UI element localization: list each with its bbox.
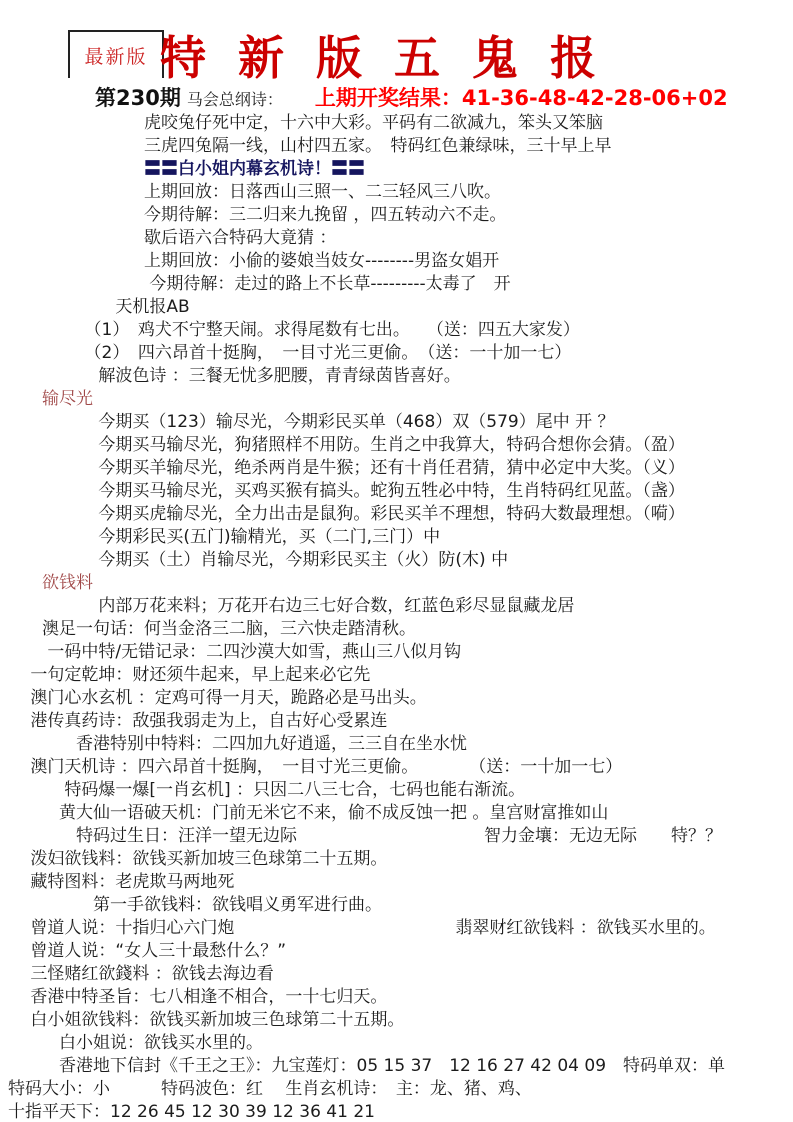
text-line: 上期回放：小偷的婆娘当妓女--------男盗女娼开 (8, 250, 793, 273)
text-line: 今期买（123）输尽光，今期彩民买单（468）双（579）尾中 开 ？ (8, 411, 793, 434)
text-line: 今期买（土）肖输尽光，今期彩民买主（火）防(木) 中 (8, 549, 793, 572)
masthead: 最新版 特 新 版 五 鬼 报 (0, 0, 793, 82)
text-line: 澳足一句话：何当金洛三二脑，三六快走踏清秋。 (8, 618, 793, 641)
text-line: 解波色诗 ：三餐无忧多肥腰，青青绿茵皆喜好。 (8, 365, 793, 388)
text-line: （2） 四六昂首十挺胸， 一目寸光三更偷。 （送：一十加一七） (8, 342, 793, 365)
yuqianliao-section: 内部万花来料；万花开右边三七好合数，红蓝色彩尽显鼠藏龙居 澳足一句话：何当金洛三… (8, 595, 793, 1122)
text-line: 泼妇欲钱料：欲钱买新加坡三色球第二十五期。 (8, 848, 793, 871)
text-line: 特码爆一爆[一肖玄机] ：只因二八三七合，七码也能右渐流。 (8, 779, 793, 802)
text-line: 十指平天下：12 26 45 12 30 39 12 36 41 21 (8, 1101, 793, 1122)
latest-edition-label: 最新版 (84, 42, 147, 69)
text-line: 三虎四兔隔一线，山村四五家。 特码红色兼绿味，三十早上早 (8, 135, 793, 158)
text-line: 〓〓白小姐内幕玄机诗！〓〓 (8, 158, 793, 181)
text-line: 上期回放：日落西山三照一、二三轻风三八吹。 (8, 181, 793, 204)
text-line: 一码中特/无错记录：二四沙漠大如雪，燕山三八似月钩 (8, 641, 793, 664)
text-line: 三怪赌红欲錢料 ：欲钱去海边看 (8, 963, 793, 986)
text-line: 一句定乾坤：财还须牛起来，早上起来必它先 (8, 664, 793, 687)
text-line: 今期彩民买(五门)输精光，买（二门,三门）中 (8, 526, 793, 549)
text-line: 曾道人说：“女人三十最愁什么？” (8, 940, 793, 963)
section-header-shujinguang: 输尽光 (42, 388, 793, 411)
text-line: 歇后语六合特码大竟猜 ： (8, 227, 793, 250)
text-line: 内部万花来料；万花开右边三七好合数，红蓝色彩尽显鼠藏龙居 (8, 595, 793, 618)
tip-sheet-page: 最新版 特 新 版 五 鬼 报 第230期 马会总纲诗： 上期开奖结果：41-3… (0, 0, 793, 1122)
last-draw-result-numbers: 41-36-48-42-28-06+02 (462, 86, 728, 110)
issue-caption: 马会总纲诗： (187, 87, 283, 110)
text-line: 曾道人说：十指归心六门炮 翡翠财红欲钱料 ：欲钱买水里的。 (8, 917, 793, 940)
text-line: 港传真药诗：敌强我弱走为上，自古好心受累连 (8, 710, 793, 733)
text-line: 香港特别中特料：二四加九好逍遥，三三自在坐水忧 (8, 733, 793, 756)
page-title: 特 新 版 五 鬼 报 (160, 22, 604, 88)
text-line: 今期买马输尽光，买鸡买猴有搞头。蛇狗五牲必中特，生肖特码红见蓝。（盏） (8, 480, 793, 503)
text-line: 今期买虎输尽光，全力出击是鼠狗。彩民买羊不理想，特码大数最理想。（嗬） (8, 503, 793, 526)
text-line: 第一手欲钱料：欲钱唱义勇军进行曲。 (8, 894, 793, 917)
text-line: 香港中特圣旨：七八相逢不相合，一十七归天。 (8, 986, 793, 1009)
text-line: 虎咬兔仔死中定，十六中大彩。平码有二欲减九，笨头又笨脑 (8, 112, 793, 135)
last-draw-result-label: 上期开奖结果： (315, 86, 462, 110)
text-line: 澳门天机诗 ：四六昂首十挺胸， 一目寸光三更偷。 （送：一十加一七） (8, 756, 793, 779)
text-line: （1） 鸡犬不宁整天闹。求得尾数有七出。 （送：四五大家发） (8, 319, 793, 342)
document-body: 虎咬兔仔死中定，十六中大彩。平码有二欲减九，笨头又笨脑 三虎四兔隔一线，山村四五… (0, 112, 793, 1122)
text-line: 特码大小：小 特码波色：红 生肖玄机诗： 主：龙、猪、鸡、 (8, 1078, 793, 1101)
shujinguang-section: 今期买（123）输尽光，今期彩民买单（468）双（579）尾中 开 ？ 今期买马… (8, 411, 793, 572)
section-header-yuqianliao: 欲钱料 (42, 572, 793, 595)
text-line: 今期待解：三二归来九挽留 ，四五转动六不走。 (8, 204, 793, 227)
text-line: 澳门心水玄机 ：定鸡可得一月天，跪路必是马出头。 (8, 687, 793, 710)
text-line: 特码过生日：汪洋一望无边际 智力金壤：无边无际 特？？ (8, 825, 793, 848)
text-line: 天机报AB (8, 296, 793, 319)
text-line: 今期买羊输尽光，绝杀两肖是牛猴；还有十肖任君猜，猜中必定中大奖。（义） (8, 457, 793, 480)
text-line: 白小姐说：欲钱买水里的。 (8, 1032, 793, 1055)
text-line: 白小姐欲钱料：欲钱买新加坡三色球第二十五期。 (8, 1009, 793, 1032)
latest-edition-badge: 最新版 (68, 30, 164, 78)
intro-section: 虎咬兔仔死中定，十六中大彩。平码有二欲减九，笨头又笨脑 三虎四兔隔一线，山村四五… (8, 112, 793, 388)
text-line: 今期待解：走过的路上不长草---------太毒了 开 (8, 273, 793, 296)
text-line: 藏特图料：老虎欺马两地死 (8, 871, 793, 894)
text-line: 今期买马输尽光，狗猪照样不用防。生肖之中我算大，特码合想你会猜。（盈） (8, 434, 793, 457)
text-line: 黄大仙一语破天机：门前无米它不来，偷不成反蚀一把 。皇宫财富推如山 (8, 802, 793, 825)
text-line: 香港地下信封《千王之王》：九宝莲灯：05 15 37 12 16 27 42 0… (8, 1055, 793, 1078)
